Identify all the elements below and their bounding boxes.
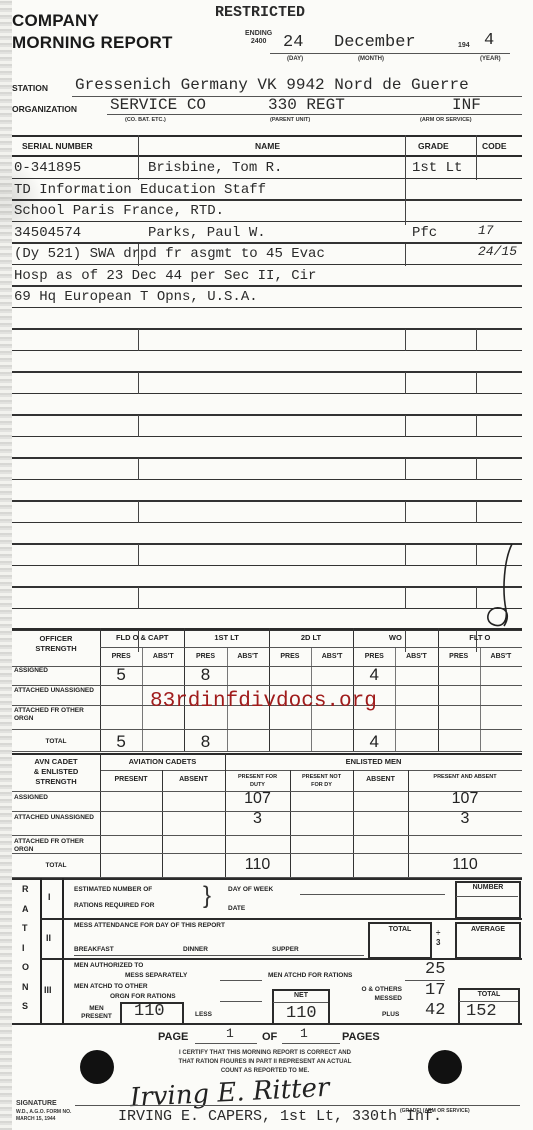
roster-divider [476,458,477,480]
officer-col-divider [142,648,143,752]
code-cell: 24/15 [478,244,517,259]
roster-divider [476,501,477,523]
average-label: AVERAGE [455,926,521,933]
rations-rule [40,918,522,920]
roster-divider [405,544,406,566]
officer-rule [12,729,522,730]
rations-rule [40,958,522,960]
org-parent: 330 REGT [268,96,345,114]
enlisted-bottom-rule [12,878,522,880]
enlisted-col-divider [100,753,101,878]
part-3-numeral: III [44,985,52,995]
punch-hole-left [80,1050,114,1084]
cert-line-2: THAT RATION FIGURES IN PART II REPRESENT… [140,1058,390,1067]
men-present-label-2: PRESENT [74,1013,119,1021]
roster-row: 0-341895Brisbine, Tom R.1st Lt [0,158,533,180]
authorized-label-1: MEN AUTHORIZED TO [74,962,143,969]
part-1-label-1: ESTIMATED NUMBER OF [74,886,152,893]
rations-side-letter: I [22,943,25,953]
roster-divider [405,135,406,225]
officer-cell: 5 [100,665,142,685]
rations-side-letter: S [22,1001,28,1011]
mess-line [74,955,364,956]
initial-flourish-icon [478,540,528,632]
roster-divider [405,587,406,609]
number-label: NUMBER [455,884,521,891]
rations-side-letter: O [22,962,29,972]
of-label: OF [262,1031,277,1043]
watermark-text: 83rdinfdivdocs.org [150,690,377,713]
divide-by-three: ÷ 3 [436,928,446,948]
enlisted-col-header: PRESENT FOR DUTY [225,773,290,789]
officer-sub-header: ABS'T [142,653,184,660]
cert-line-1: I CERTIFY THAT THIS MORNING REPORT IS CO… [140,1049,390,1058]
roster-row [0,309,533,331]
enlisted-row-label: ASSIGNED [14,794,98,802]
date-underline [270,53,510,54]
enlisted-men-header: ENLISTED MEN [225,757,522,766]
grade-cell: 1st Lt [412,160,462,176]
rations-side-letter: A [22,904,29,914]
org-arm: INF [452,96,481,114]
roster-divider [476,587,477,609]
officer-cell: 8 [184,665,226,685]
serial-number-cell: 34504574 [14,225,81,241]
officer-top-rule [12,628,522,630]
typed-officer-name: IRVING E. CAPERS, 1st Lt, 330th Inf. [118,1108,442,1125]
enlisted-cell: 110 [225,856,290,874]
roster-row [0,416,533,438]
roster-divider [138,244,139,266]
enlisted-title-3: STRENGTH [14,777,98,787]
officer-title-2: STRENGTH [14,644,98,654]
ending-label-top: ENDING [245,30,272,38]
certification-text: I CERTIFY THAT THIS MORNING REPORT IS CO… [140,1049,390,1076]
roster-row [0,588,533,610]
officer-group-header: FLT O [438,633,522,642]
day-of-week-label: DAY OF WEEK [228,886,273,893]
enlisted-title-1: AVN CADET [14,757,98,767]
punch-hole-right [428,1050,462,1084]
year-prefix: 194 [458,42,470,49]
roster-row: 34504574Parks, Paul W.Pfc17 [0,223,533,245]
station-value: Gressenich Germany VK 9942 Nord de Guerr… [75,76,469,94]
code-cell: 17 [478,223,494,238]
officer-sub-header: PRES [100,653,142,660]
atchd-for-rations-value: 25 [425,960,445,979]
roster-divider [138,415,139,437]
enlisted-col-divider [162,770,163,878]
date-label: DATE [228,905,245,912]
roster-row [0,545,533,567]
report-year-digit: 4 [484,31,494,50]
officer-sub-header: PRES [438,653,480,660]
pages-label: PAGES [342,1031,380,1043]
supper-label: SUPPER [272,946,299,953]
report-day: 24 [283,33,303,52]
enlisted-cell: 107 [225,790,290,808]
roster-divider [476,135,477,180]
pages-underline [282,1043,340,1044]
roster-divider [476,372,477,394]
report-month: December [334,33,416,52]
roster-divider [138,372,139,394]
officer-col-divider [480,648,481,752]
atchd-other-label-2: ORGN FOR RATIONS [110,993,176,1000]
roster-row [0,567,533,589]
unit-caption: (CO. BAT. ETC.) [125,117,166,123]
org-underline [107,114,522,115]
net-box-rule [273,1002,328,1003]
ending-label-bottom: 2400 [245,38,272,46]
enlisted-rule [100,770,522,771]
roster-row [0,352,533,374]
officer-cell: 4 [353,732,395,752]
serial-number-cell: 0-341895 [14,160,81,176]
aviation-cadets-header: AVIATION CADETS [100,757,225,766]
officer-sub-header: PRES [184,653,226,660]
authorized-label-2: MESS SEPARATELY [125,972,187,979]
officer-cell: 5 [100,732,142,752]
enlisted-col-divider [353,770,354,878]
col-name: NAME [255,141,280,151]
roster-row [0,524,533,546]
officer-row-label: TOTAL [14,738,98,746]
col-serial-number: SERIAL NUMBER [22,141,93,151]
rations-divider [40,878,42,1023]
enlisted-col-header: ABSENT [353,776,408,784]
others-messed-value: 17 [425,981,445,1000]
roster-row [0,330,533,352]
part-2-numeral: II [46,933,51,943]
ending-label: ENDING 2400 [245,30,272,46]
grade-cell: Pfc [412,225,437,241]
roster-divider [138,329,139,351]
arm-caption: (ARM OR SERVICE) [420,117,472,123]
total-pages: 1 [300,1026,308,1041]
enlisted-col-header: ABSENT [162,776,225,784]
roster-divider [138,501,139,523]
rations-side-letter: N [22,982,29,992]
enlisted-cell: 107 [408,790,522,808]
name-cell: Parks, Paul W. [148,225,266,241]
atchd-other-label-1: MEN ATCHD TO OTHER [74,983,148,990]
officer-rule [100,647,522,648]
roster-row [0,481,533,503]
name-cell: 69 Hq European T Opns, U.S.A. [14,289,258,305]
org-unit: SERVICE CO [110,96,206,114]
less-label: LESS [195,1011,212,1018]
men-present-label: MENPRESENT [74,1005,119,1021]
roster-header-rule [12,155,522,157]
roster-row [0,373,533,395]
roster-row: TD Information Education Staff [0,180,533,202]
officer-sub-header: PRES [353,653,395,660]
enlisted-col-header: PRESENT AND ABSENT [408,773,522,781]
enlisted-rule [12,835,522,836]
enlisted-title-2: & ENLISTED [14,767,98,777]
roster-divider [405,244,406,266]
brace-icon: } [203,882,211,910]
roster-divider [138,544,139,566]
others-messed-label-2: MESSED [342,994,402,1003]
day-of-week-line [300,894,445,895]
officer-row-label: ASSIGNED [14,667,98,675]
officer-bottom-rule [12,753,522,755]
form-title: COMPANY MORNING REPORT [12,10,173,54]
officer-sub-header: PRES [269,653,311,660]
officer-group-header: 2D LT [269,633,353,642]
dinner-label: DINNER [183,946,208,953]
page-number: 1 [226,1026,234,1041]
enlisted-col-header: PRESENT NOT FOR DY [290,773,353,789]
officer-rule [12,685,522,686]
roster-divider [476,329,477,351]
enlisted-row-label: TOTAL [14,862,98,870]
rations-side-letter: T [22,923,28,933]
parent-caption: (PARENT UNIT) [270,117,310,123]
enlisted-rule [12,853,522,854]
officer-group-header: 1ST LT [184,633,268,642]
officer-col-divider [395,648,396,752]
name-cell: TD Information Education Staff [14,182,266,198]
enlisted-cell: 3 [225,810,290,828]
men-present-label-1: MEN [74,1005,119,1013]
rank-caption: (GRADE) (ARM OR SERVICE) [400,1108,470,1114]
plus-label: PLUS [382,1011,399,1018]
rations-side-letter: R [22,884,29,894]
roster-row: (Dy 521) SWA drpd fr asgmt to 45 Evac24/… [0,244,533,266]
morning-report-page: COMPANY MORNING REPORT RESTRICTED ENDING… [0,0,533,1130]
part-1-label-2: RATIONS REQUIRED FOR [74,902,154,909]
plus-value: 42 [425,1001,445,1020]
roster-row [0,502,533,524]
signature-line [75,1105,520,1106]
roster-divider [138,458,139,480]
officer-group-header: FLD O & CAPT [100,633,184,642]
enlisted-strength-title: AVN CADET& ENLISTEDSTRENGTH [14,757,98,787]
enlisted-cell: 3 [408,810,522,828]
roster-row: Hosp as of 23 Dec 44 per Sec II, Cir [0,266,533,288]
mess-attendance-label: MESS ATTENDANCE FOR DAY OF THIS REPORT [74,922,225,929]
grand-total-value: 152 [466,1002,497,1021]
station-label: STATION [12,83,48,93]
officer-sub-header: ABS'T [311,653,353,660]
roster-divider [138,587,139,609]
officer-sub-header: ABS'T [395,653,437,660]
officer-sub-header: ABS'T [480,653,522,660]
form-id-line-2: MARCH 15, 1944 [16,1116,71,1123]
cert-line-3: COUNT AS REPORTED TO ME. [140,1067,390,1076]
roster-row: 69 Hq European T Opns, U.S.A. [0,287,533,309]
officer-cell: 8 [184,732,226,752]
enlisted-cell: 110 [408,856,522,874]
net-label: NET [272,992,330,999]
roster-divider [405,372,406,394]
col-grade: GRADE [418,141,449,151]
number-box-rule [456,896,518,897]
month-caption: (MONTH) [358,56,384,62]
roster-divider [405,415,406,437]
officer-strength-title: OFFICERSTRENGTH [14,634,98,654]
enlisted-col-divider [290,770,291,878]
others-messed-label: O & OTHERSMESSED [342,985,402,1003]
day-caption: (DAY) [287,56,303,62]
rations-divider [62,878,64,1023]
roster-divider [476,544,477,566]
officer-sub-header: ABS'T [227,653,269,660]
signature-label: SIGNATURE [16,1100,57,1107]
title-line-1: COMPANY [12,10,173,32]
title-line-2: MORNING REPORT [12,32,173,54]
part-1-numeral: I [48,892,51,902]
roster-top-rule [12,135,522,137]
roster-row [0,438,533,460]
officer-title-1: OFFICER [14,634,98,644]
rations-bottom-rule [12,1023,522,1025]
enlisted-row-label: ATTACHED FR OTHER ORGN [14,838,98,854]
officer-rule [12,751,522,752]
name-cell: Brisbine, Tom R. [148,160,282,176]
enlisted-col-header: PRESENT [100,776,162,784]
page-underline [195,1043,257,1044]
officer-row-label: ATTACHED UNASSIGNED [14,687,98,695]
officer-cell: 4 [353,665,395,685]
form-identifier: W.D., A.G.O. FORM NO. MARCH 15, 1944 [16,1109,71,1123]
officer-group-header: WO [353,633,437,642]
officer-row-label: ATTACHED FR OTHER ORGN [14,707,98,723]
name-cell: (Dy 521) SWA drpd fr asgmt to 45 Evac [14,246,325,262]
classification-stamp: RESTRICTED [215,4,305,21]
others-messed-label-1: O & OTHERS [342,985,402,994]
authorized-line [220,980,262,981]
atchd-for-rations-label: MEN ATCHD FOR RATIONS [268,972,352,979]
roster-divider [405,329,406,351]
net-value: 110 [286,1004,317,1023]
atchd-other-line [220,1001,262,1002]
roster-divider [405,458,406,480]
page-label: PAGE [158,1031,188,1043]
organization-label: ORGANIZATION [12,104,77,114]
roster-divider [476,415,477,437]
roster-row [0,459,533,481]
year-caption: (YEAR) [480,56,501,62]
grand-total-label: TOTAL [458,991,520,998]
roster-divider [405,501,406,523]
col-code: CODE [482,141,507,151]
men-present-value: 110 [134,1002,165,1021]
form-id-line-1: W.D., A.G.O. FORM NO. [16,1109,71,1116]
enlisted-row-label: ATTACHED UNASSIGNED [14,814,98,822]
roster-row [0,395,533,417]
name-cell: Hosp as of 23 Dec 44 per Sec II, Cir [14,268,316,284]
name-cell: School Paris France, RTD. [14,203,224,219]
total-label: TOTAL [368,926,432,933]
roster-divider [138,135,139,180]
breakfast-label: BREAKFAST [74,946,114,953]
roster-row: School Paris France, RTD. [0,201,533,223]
